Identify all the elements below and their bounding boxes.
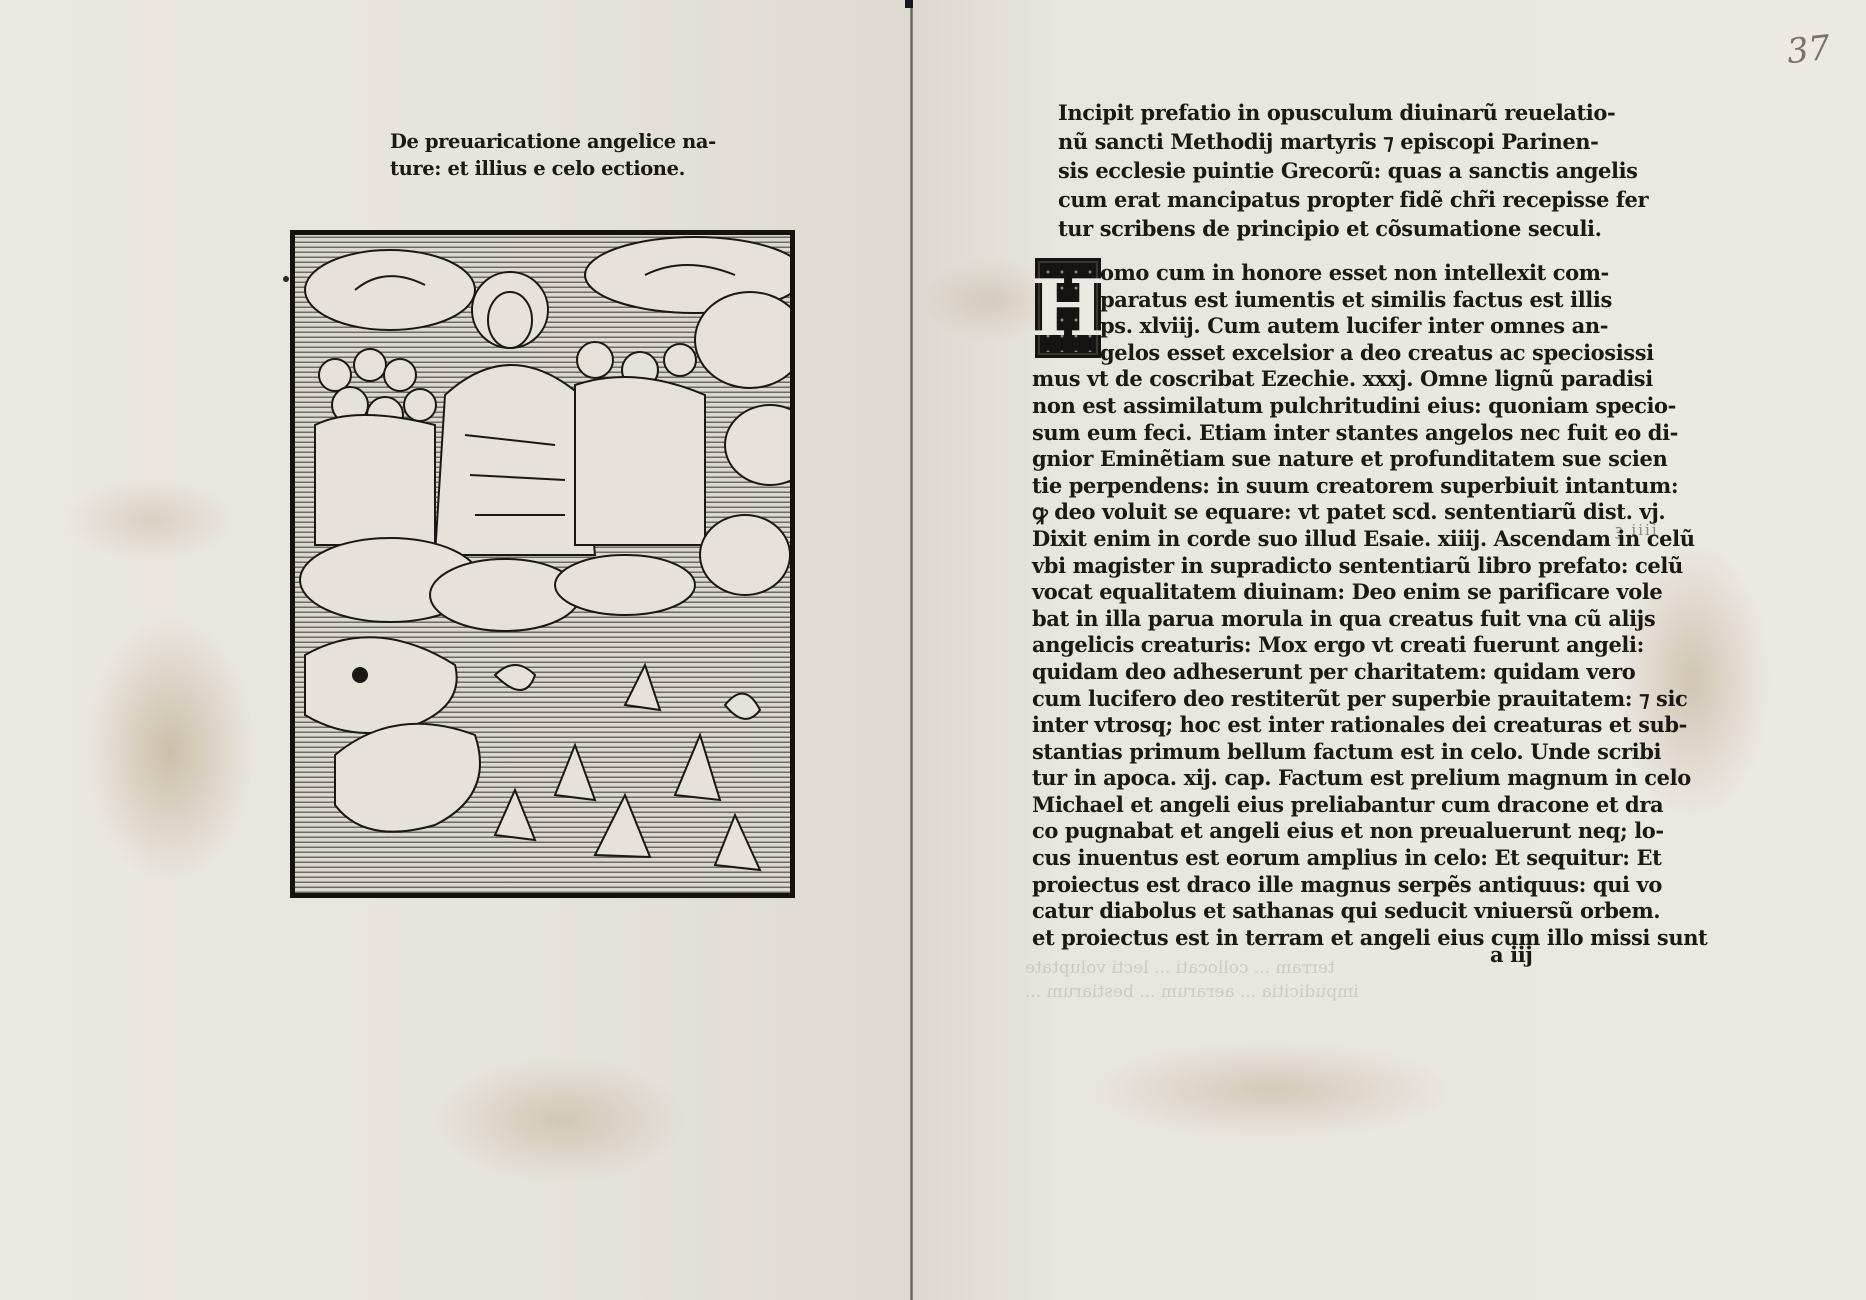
signature-mark: a iij <box>1490 942 1532 967</box>
body-line: non est assimilatum pulchritudini eius: … <box>1032 393 1592 420</box>
showthrough-line: impudicitia ... aerarum ... bestiarum ..… <box>1025 982 1359 1002</box>
heading-line: De preuaricatione angelice na- <box>390 128 716 155</box>
woodcut-illustration <box>290 230 795 898</box>
title-line: nũ sancti Methodij martyris ⁊ episcopi P… <box>1058 127 1648 156</box>
heading-line: ture: et illius e celo ectione. <box>390 155 716 182</box>
title-line: tur scribens de principio et cõsumatione… <box>1058 214 1648 243</box>
body-line: omo cum in honore esset non intellexit c… <box>1032 260 1592 287</box>
body-line: ꝙ deo voluit se equare: vt patet scd. se… <box>1032 499 1592 526</box>
right-page-title: Incipit prefatio in opusculum diuinarũ r… <box>1058 98 1648 243</box>
body-line: cus inuentus est eorum amplius in celo: … <box>1032 845 1592 872</box>
body-line: proiectus est draco ille magnus serpẽs a… <box>1032 872 1592 899</box>
body-line: catur diabolus et sathanas qui seducit v… <box>1032 898 1592 925</box>
right-page-body: omo cum in honore esset non intellexit c… <box>1032 260 1592 951</box>
body-line: bat in illa parua morula in qua creatus … <box>1032 606 1592 633</box>
body-line: sum eum feci. Etiam inter stantes angelo… <box>1032 420 1592 447</box>
body-line: angelicis creaturis: Mox ergo vt creati … <box>1032 632 1592 659</box>
body-line: tur in apoca. xij. cap. Factum est preli… <box>1032 765 1592 792</box>
folio-number: 37 <box>1785 28 1832 72</box>
left-page: De preuaricatione angelice na- ture: et … <box>0 0 912 1300</box>
ink-dot <box>283 276 289 282</box>
body-line: cum lucifero deo restiterũt per superbie… <box>1032 686 1592 713</box>
body-line: Michael et angeli eius preliabantur cum … <box>1032 792 1592 819</box>
showthrough-line: terram ... collocati ... lecti voluptate <box>1025 958 1335 978</box>
body-line: stantias primum bellum factum est in cel… <box>1032 739 1592 766</box>
title-line: sis ecclesie puintie Grecorũ: quas a san… <box>1058 156 1648 185</box>
body-line: inter vtrosq; hoc est inter rationales d… <box>1032 712 1592 739</box>
title-line: Incipit prefatio in opusculum diuinarũ r… <box>1058 98 1648 127</box>
body-line: gnior Eminẽtiam sue nature et profundita… <box>1032 446 1592 473</box>
body-line: vbi magister in supradicto sententiarũ l… <box>1032 553 1592 580</box>
body-line: paratus est iumentis et similis factus e… <box>1032 287 1592 314</box>
title-line: cum erat mancipatus propter fidẽ chr̃i r… <box>1058 185 1648 214</box>
body-line: co pugnabat et angeli eius et non preual… <box>1032 818 1592 845</box>
left-page-heading: De preuaricatione angelice na- ture: et … <box>390 128 716 182</box>
woodcut-drawing <box>295 235 790 893</box>
body-line: ps. xlviij. Cum autem lucifer inter omne… <box>1032 313 1592 340</box>
body-line: mus vt de coscribat Ezechie. xxxj. Omne … <box>1032 366 1592 393</box>
body-line: quidam deo adheserunt per charitatem: qu… <box>1032 659 1592 686</box>
body-line: vocat equalitatem diuinam: Deo enim se p… <box>1032 579 1592 606</box>
body-line: Dixit enim in corde suo illud Esaie. xii… <box>1032 526 1592 553</box>
book-spread: De preuaricatione angelice na- ture: et … <box>0 0 1866 1300</box>
body-line: tie perpendens: in suum creatorem superb… <box>1032 473 1592 500</box>
body-line: gelos esset excelsior a deo creatus ac s… <box>1032 340 1592 367</box>
